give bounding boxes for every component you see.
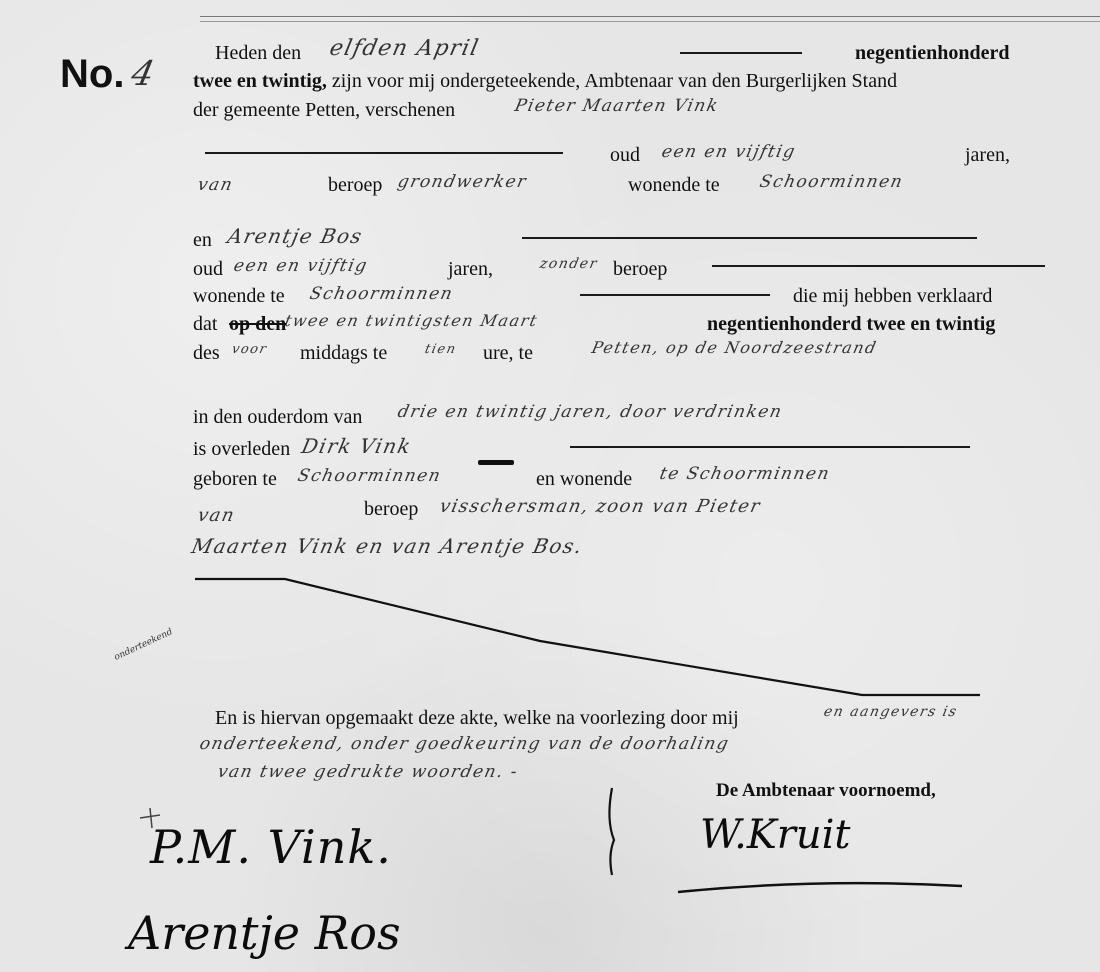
official-label: De Ambtenaar voornoemd, bbox=[716, 780, 936, 802]
signature-declarant-1: P.M. Vink. bbox=[150, 820, 392, 874]
signature-declarant-2: Arentje Ros bbox=[128, 906, 401, 960]
signature-underline bbox=[670, 870, 970, 900]
signature-official: W.Kruit bbox=[700, 812, 850, 858]
printed-text: En is hiervan opgemaakt deze akte, welke… bbox=[215, 707, 739, 730]
handwritten-text: onderteekend, onder goedkeuring van de d… bbox=[198, 734, 732, 754]
handwritten-text: en aangevers is bbox=[822, 704, 959, 720]
handwritten-text: van twee gedrukte woorden. - bbox=[216, 762, 520, 782]
